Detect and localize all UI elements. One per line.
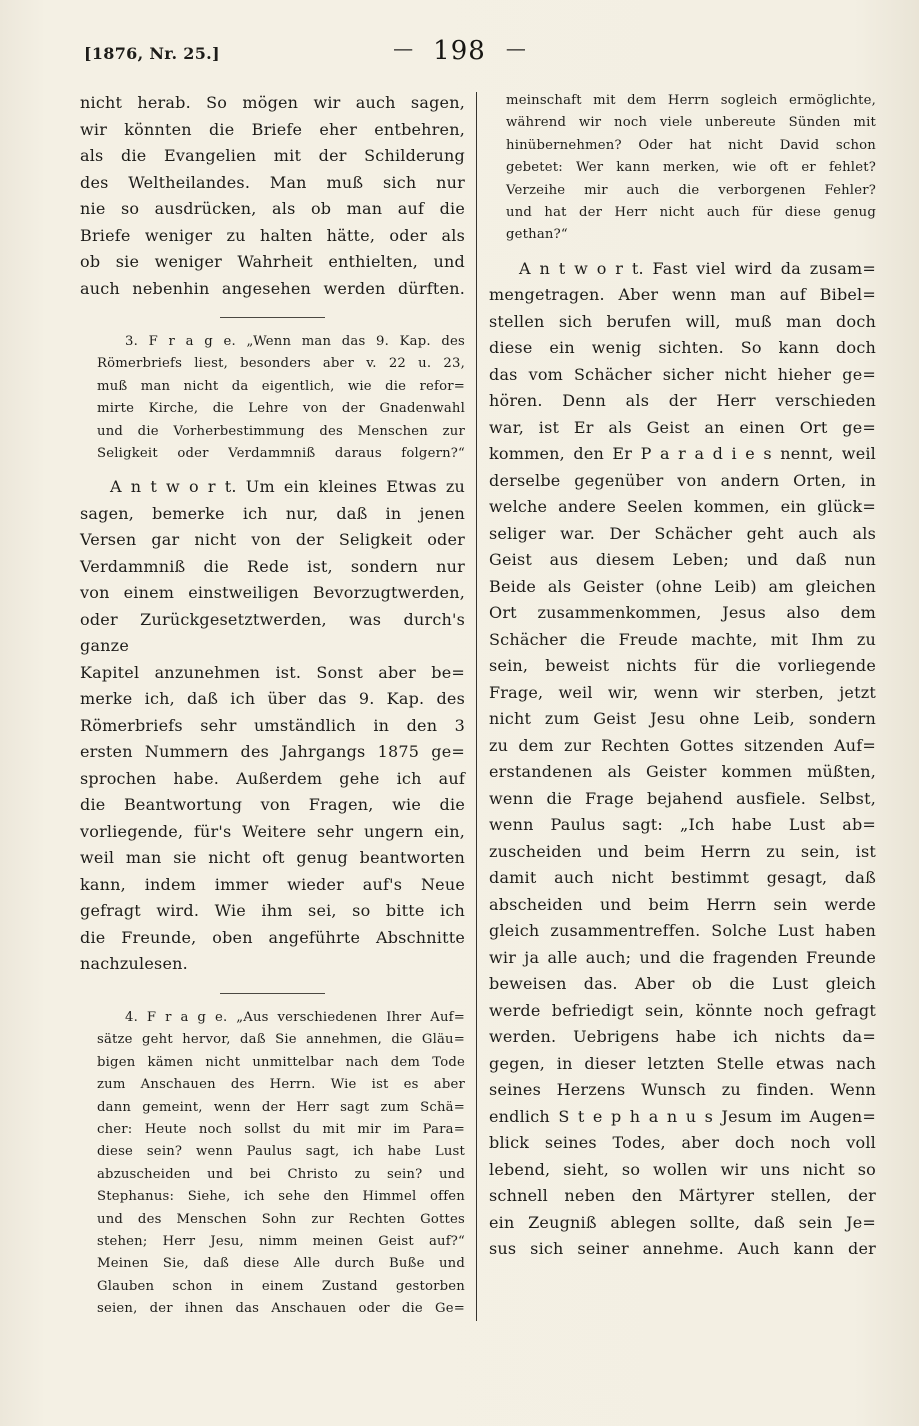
text-line: sus sich seiner annehme. Auch kann der [489, 1236, 876, 1263]
question-4: 4. F r a g e. „Aus verschiedenen Ihrer A… [97, 1007, 465, 1321]
text-line: hinübernehmen? Oder hat nicht David scho… [506, 135, 876, 157]
text-line: Kapitel anzunehmen ist. Sonst aber be= [80, 660, 465, 687]
text-line: Geist aus diesem Leben; und daß nun [489, 547, 876, 574]
text-line: das vom Schächer sicher nicht hieher ge= [489, 362, 876, 389]
text-line: diese ein wenig sichten. So kann doch [489, 335, 876, 362]
text-line: nachzulesen. [80, 951, 465, 978]
text-line: Ort zusammenkommen, Jesus also dem [489, 600, 876, 627]
text-line: werden. Uebrigens habe ich nichts da= [489, 1024, 876, 1051]
text-line: auch nebenhin angesehen werden dürften. [80, 276, 465, 303]
text-line: sein, beweist nichts für die vorliegende [489, 653, 876, 680]
text-line: mirte Kirche, die Lehre von der Gnadenwa… [97, 398, 465, 420]
text-line: ein Zeugniß ablegen sollte, daß sein Je= [489, 1210, 876, 1237]
text-line: A n t w o r t. Fast viel wird da zusam= [489, 256, 876, 283]
text-line: Seligkeit oder Verdammniß daraus folgern… [97, 443, 465, 465]
text-line: Frage, weil wir, wenn wir sterben, jetzt [489, 680, 876, 707]
text-line: kommen, den Er P a r a d i e s nennt, we… [489, 441, 876, 468]
text-line: bigen kämen nicht unmittelbar nach dem T… [97, 1052, 465, 1074]
text-line: beweisen das. Aber ob die Lust gleich [489, 971, 876, 998]
text-line: mengetragen. Aber wenn man auf Bibel= [489, 282, 876, 309]
text-line: lebend, sieht, so wollen wir uns nicht s… [489, 1157, 876, 1184]
left-column: nicht herab. So mögen wir auch sagen,wir… [80, 90, 465, 1321]
answer-3: A n t w o r t. Um ein kleines Etwas zusa… [80, 474, 465, 978]
text-line: zum Anschauen des Herrn. Wie ist es aber [97, 1074, 465, 1096]
text-line: wir könnten die Briefe eher entbehren, [80, 117, 465, 144]
text-line: merke ich, daß ich über das 9. Kap. des [80, 686, 465, 713]
text-line: Verdammniß die Rede ist, sondern nur [80, 554, 465, 581]
text-line: hören. Denn als der Herr verschieden [489, 388, 876, 415]
text-line: endlich S t e p h a n u s Jesum im Augen… [489, 1104, 876, 1131]
text-line: 4. F r a g e. „Aus verschiedenen Ihrer A… [97, 1007, 465, 1029]
column-divider-rule [476, 92, 477, 1321]
text-line: damit auch nicht bestimmt gesagt, daß [489, 865, 876, 892]
text-line: war, ist Er als Geist an einen Ort ge= [489, 415, 876, 442]
text-line: während wir noch viele unbereute Sünden … [506, 112, 876, 134]
text-line: abscheiden und beim Herrn sein werde [489, 892, 876, 919]
text-line: nicht zum Geist Jesu ohne Leib, sondern [489, 706, 876, 733]
text-line: diese sein? wenn Paulus sagt, ich habe L… [97, 1141, 465, 1163]
text-line: nicht herab. So mögen wir auch sagen, [80, 90, 465, 117]
text-line: und die Vorherbestimmung des Menschen zu… [97, 421, 465, 443]
text-line: zu dem zur Rechten Gottes sitzenden Auf= [489, 733, 876, 760]
text-line: Versen gar nicht von der Seligkeit oder [80, 527, 465, 554]
text-line: cher: Heute noch sollst du mit mir im Pa… [97, 1119, 465, 1141]
text-line: gebetet: Wer kann merken, wie oft er feh… [506, 157, 876, 179]
text-line: abzuscheiden und bei Christo zu sein? un… [97, 1164, 465, 1186]
text-line: derselbe gegenüber von andern Orten, in [489, 468, 876, 495]
question-4-continued: meinschaft mit dem Herrn sogleich ermögl… [506, 90, 876, 247]
text-line: ob sie weniger Wahrheit enthielten, und [80, 249, 465, 276]
text-line: erstandenen als Geister kommen müßten, [489, 759, 876, 786]
text-line: schnell neben den Märtyrer stellen, der [489, 1183, 876, 1210]
text-line: wir ja alle auch; und die fragenden Freu… [489, 945, 876, 972]
text-line: Schächer die Freude machte, mit Ihm zu [489, 627, 876, 654]
page-header: [1876, Nr. 25.] —198— [0, 0, 919, 88]
page-number: 198 [413, 36, 506, 66]
section-divider-rule [220, 993, 325, 994]
text-line: Römerbriefs liest, besonders aber v. 22 … [97, 353, 465, 375]
text-line: und des Menschen Sohn zur Rechten Gottes [97, 1209, 465, 1231]
page-number-dash-left: — [393, 36, 413, 60]
text-line: stellen sich berufen will, muß man doch [489, 309, 876, 336]
text-line: Meinen Sie, daß diese Alle durch Buße un… [97, 1253, 465, 1275]
question-3: 3. F r a g e. „Wenn man das 9. Kap. desR… [97, 331, 465, 465]
text-line: als die Evangelien mit der Schilderung [80, 143, 465, 170]
text-line: sagen, bemerke ich nur, daß in jenen [80, 501, 465, 528]
continuation-paragraph: nicht herab. So mögen wir auch sagen,wir… [80, 90, 465, 302]
text-line: gethan?“ [506, 224, 876, 246]
scanned-document-page: [1876, Nr. 25.] —198— nicht herab. So mö… [0, 0, 919, 1426]
text-line: wenn die Frage bejahend ausfiele. Selbst… [489, 786, 876, 813]
text-line: Glauben schon in einem Zustand gestorben [97, 1276, 465, 1298]
text-line: A n t w o r t. Um ein kleines Etwas zu [80, 474, 465, 501]
text-line: die Freunde, oben angeführte Abschnitte [80, 925, 465, 952]
text-line: 3. F r a g e. „Wenn man das 9. Kap. des [97, 331, 465, 353]
text-line: seliger war. Der Schächer geht auch als [489, 521, 876, 548]
text-line: blick seines Todes, aber doch noch voll [489, 1130, 876, 1157]
text-line: die Beantwortung von Fragen, wie die [80, 792, 465, 819]
text-line: des Weltheilandes. Man muß sich nur [80, 170, 465, 197]
text-line: nie so ausdrücken, als ob man auf die [80, 196, 465, 223]
text-line: Verzeihe mir auch die verborgenen Fehler… [506, 180, 876, 202]
text-line: weil man sie nicht oft genug beantworten [80, 845, 465, 872]
text-line: wenn Paulus sagt: „Ich habe Lust ab= [489, 812, 876, 839]
answer-4: A n t w o r t. Fast viel wird da zusam=m… [489, 256, 876, 1263]
text-line: Briefe weniger zu halten hätte, oder als [80, 223, 465, 250]
text-line: gegen, in dieser letzten Stelle etwas na… [489, 1051, 876, 1078]
text-line: gefragt wird. Wie ihm sei, so bitte ich [80, 898, 465, 925]
text-line: seien, der ihnen das Anschauen oder die … [97, 1298, 465, 1320]
text-line: Stephanus: Siehe, ich sehe den Himmel of… [97, 1186, 465, 1208]
page-number-group: —198— [0, 36, 919, 66]
text-line: stehen; Herr Jesu, nimm meinen Geist auf… [97, 1231, 465, 1253]
right-column: meinschaft mit dem Herrn sogleich ermögl… [489, 90, 876, 1321]
section-divider-rule [220, 317, 325, 318]
two-column-text-area: nicht herab. So mögen wir auch sagen,wir… [80, 90, 877, 1321]
text-line: muß man nicht da eigentlich, wie die ref… [97, 376, 465, 398]
text-line: sätze geht hervor, daß Sie annehmen, die… [97, 1029, 465, 1051]
text-line: vorliegende, für's Weitere sehr ungern e… [80, 819, 465, 846]
text-line: Beide als Geister (ohne Leib) am gleiche… [489, 574, 876, 601]
text-line: gleich zusammentreffen. Solche Lust habe… [489, 918, 876, 945]
text-line: dann gemeint, wenn der Herr sagt zum Sch… [97, 1097, 465, 1119]
text-line: von einem einstweiligen Bevorzugtwerden, [80, 580, 465, 607]
text-line: oder Zurückgesetztwerden, was durch's ga… [80, 607, 465, 660]
text-line: welche andere Seelen kommen, ein glück= [489, 494, 876, 521]
text-line: und hat der Herr nicht auch für diese ge… [506, 202, 876, 224]
text-line: zuscheiden und beim Herrn zu sein, ist [489, 839, 876, 866]
text-line: kann, indem immer wieder auf's Neue [80, 872, 465, 899]
text-line: ersten Nummern des Jahrgangs 1875 ge= [80, 739, 465, 766]
text-line: Römerbriefs sehr umständlich in den 3 [80, 713, 465, 740]
text-line: werde befriedigt sein, könnte noch gefra… [489, 998, 876, 1025]
page-number-dash-right: — [506, 36, 526, 60]
text-line: seines Herzens Wunsch zu finden. Wenn [489, 1077, 876, 1104]
text-line: meinschaft mit dem Herrn sogleich ermögl… [506, 90, 876, 112]
text-line: sprochen habe. Außerdem gehe ich auf [80, 766, 465, 793]
